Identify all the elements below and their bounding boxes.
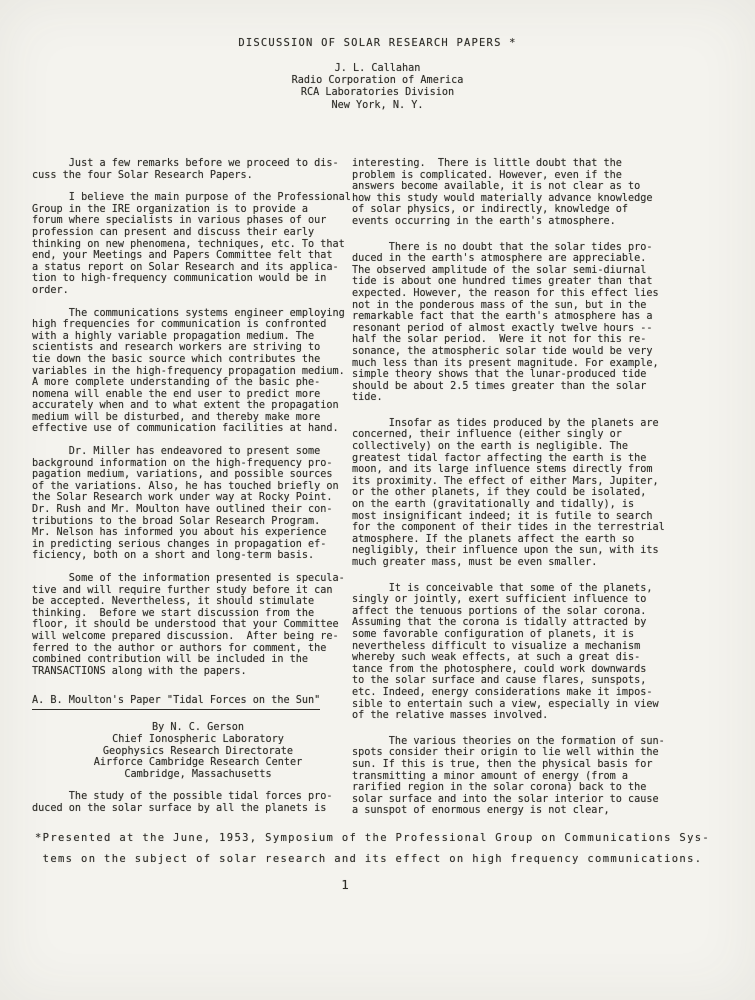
paragraph: I believe the main purpose of the Profes… <box>32 192 364 296</box>
paragraph: It is conceivable that some of the plane… <box>352 583 740 722</box>
section-heading-row: A. B. Moulton's Paper "Tidal Forces on t… <box>32 688 364 710</box>
paragraph: Dr. Miller has endeavored to present som… <box>32 446 364 562</box>
paragraph: The study of the possible tidal forces p… <box>32 791 364 814</box>
section-heading: A. B. Moulton's Paper "Tidal Forces on t… <box>32 695 320 710</box>
byline-block: By N. C. Gerson Chief Ionospheric Labora… <box>32 722 364 780</box>
right-column: interesting. There is little doubt that … <box>352 158 740 831</box>
paragraph: Some of the information presented is spe… <box>32 573 364 677</box>
paper-title: DISCUSSION OF SOLAR RESEARCH PAPERS * <box>0 37 755 49</box>
page-number: 1 <box>0 877 690 892</box>
document-page: DISCUSSION OF SOLAR RESEARCH PAPERS * J.… <box>0 0 755 1000</box>
paragraph: The various theories on the formation of… <box>352 736 740 817</box>
left-column: Just a few remarks before we proceed to … <box>32 158 364 826</box>
author-block: J. L. Callahan Radio Corporation of Amer… <box>0 63 755 112</box>
paragraph: Just a few remarks before we proceed to … <box>32 158 364 181</box>
footnote: *Presented at the June, 1953, Symposium … <box>35 828 745 869</box>
paragraph: There is no doubt that the solar tides p… <box>352 242 740 404</box>
paragraph: Insofar as tides produced by the planets… <box>352 418 740 569</box>
paragraph: interesting. There is little doubt that … <box>352 158 740 228</box>
paragraph: The communications systems engineer empl… <box>32 308 364 436</box>
